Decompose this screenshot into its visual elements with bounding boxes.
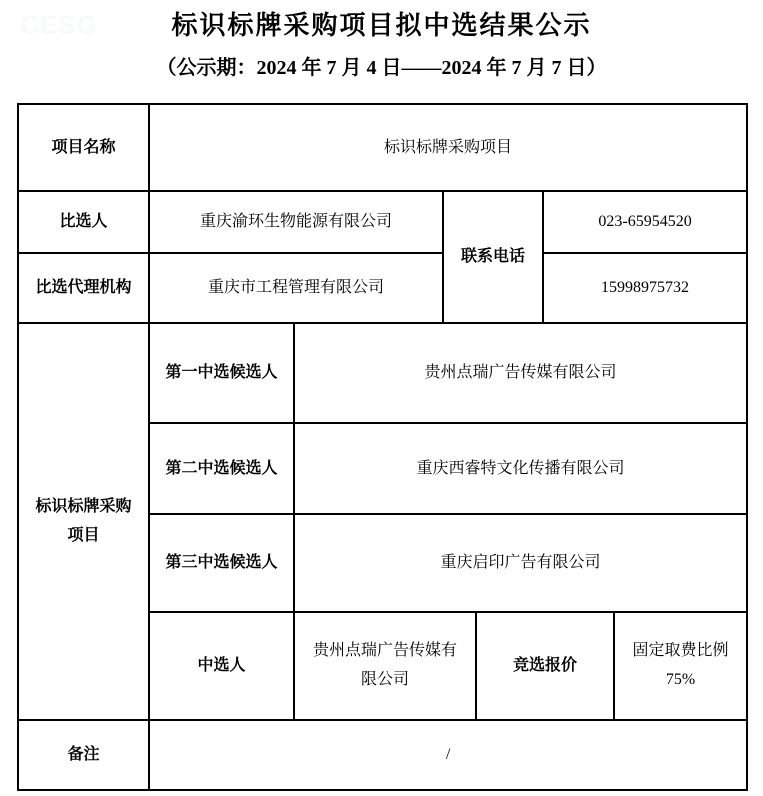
result-table: 项目名称 标识标牌采购项目 比选人 重庆渝环生物能源有限公司 联系电话 023-… [17, 103, 748, 791]
table-row: 项目名称 标识标牌采购项目 [18, 104, 747, 191]
table-row: 标识标牌采购项目 第一中选候选人 贵州点瑞广告传媒有限公司 [18, 323, 747, 423]
candidate-1-label: 第一中选候选人 [149, 323, 294, 423]
bid-value: 固定取费比例75% [614, 612, 747, 720]
table-row: 比选人 重庆渝环生物能源有限公司 联系电话 023-65954520 [18, 191, 747, 253]
contact-phone-2: 15998975732 [543, 253, 747, 323]
contact-phone-1: 023-65954520 [543, 191, 747, 253]
candidate-2-value: 重庆西睿特文化传播有限公司 [294, 423, 747, 514]
project-group-label-text: 标识标牌采购项目 [33, 493, 135, 551]
remark-value: / [149, 720, 747, 790]
contact-phone-label: 联系电话 [443, 191, 543, 323]
project-group-label: 标识标牌采购项目 [18, 323, 149, 720]
remark-label: 备注 [18, 720, 149, 790]
project-name-label: 项目名称 [18, 104, 149, 191]
candidate-3-value: 重庆启印广告有限公司 [294, 514, 747, 612]
winner-value-text: 贵州点瑞广告传媒有限公司 [308, 637, 463, 695]
page-title: 标识标牌采购项目拟中选结果公示 [0, 5, 763, 42]
candidate-2-label: 第二中选候选人 [149, 423, 294, 514]
winner-label: 中选人 [149, 612, 294, 720]
table-row: 比选代理机构 重庆市工程管理有限公司 15998975732 [18, 253, 747, 323]
selector-value: 重庆渝环生物能源有限公司 [149, 191, 443, 253]
winner-value: 贵州点瑞广告传媒有限公司 [294, 612, 476, 720]
selector-label: 比选人 [18, 191, 149, 253]
table-row: 备注 / [18, 720, 747, 790]
candidate-3-label: 第三中选候选人 [149, 514, 294, 612]
project-name-value: 标识标牌采购项目 [149, 104, 747, 191]
agency-value: 重庆市工程管理有限公司 [149, 253, 443, 323]
publicity-period: （公示期：2024 年 7 月 4 日——2024 年 7 月 7 日） [0, 51, 763, 80]
bid-label: 竞选报价 [476, 612, 614, 720]
agency-label: 比选代理机构 [18, 253, 149, 323]
candidate-1-value: 贵州点瑞广告传媒有限公司 [294, 323, 747, 423]
bid-value-text: 固定取费比例75% [630, 637, 732, 695]
